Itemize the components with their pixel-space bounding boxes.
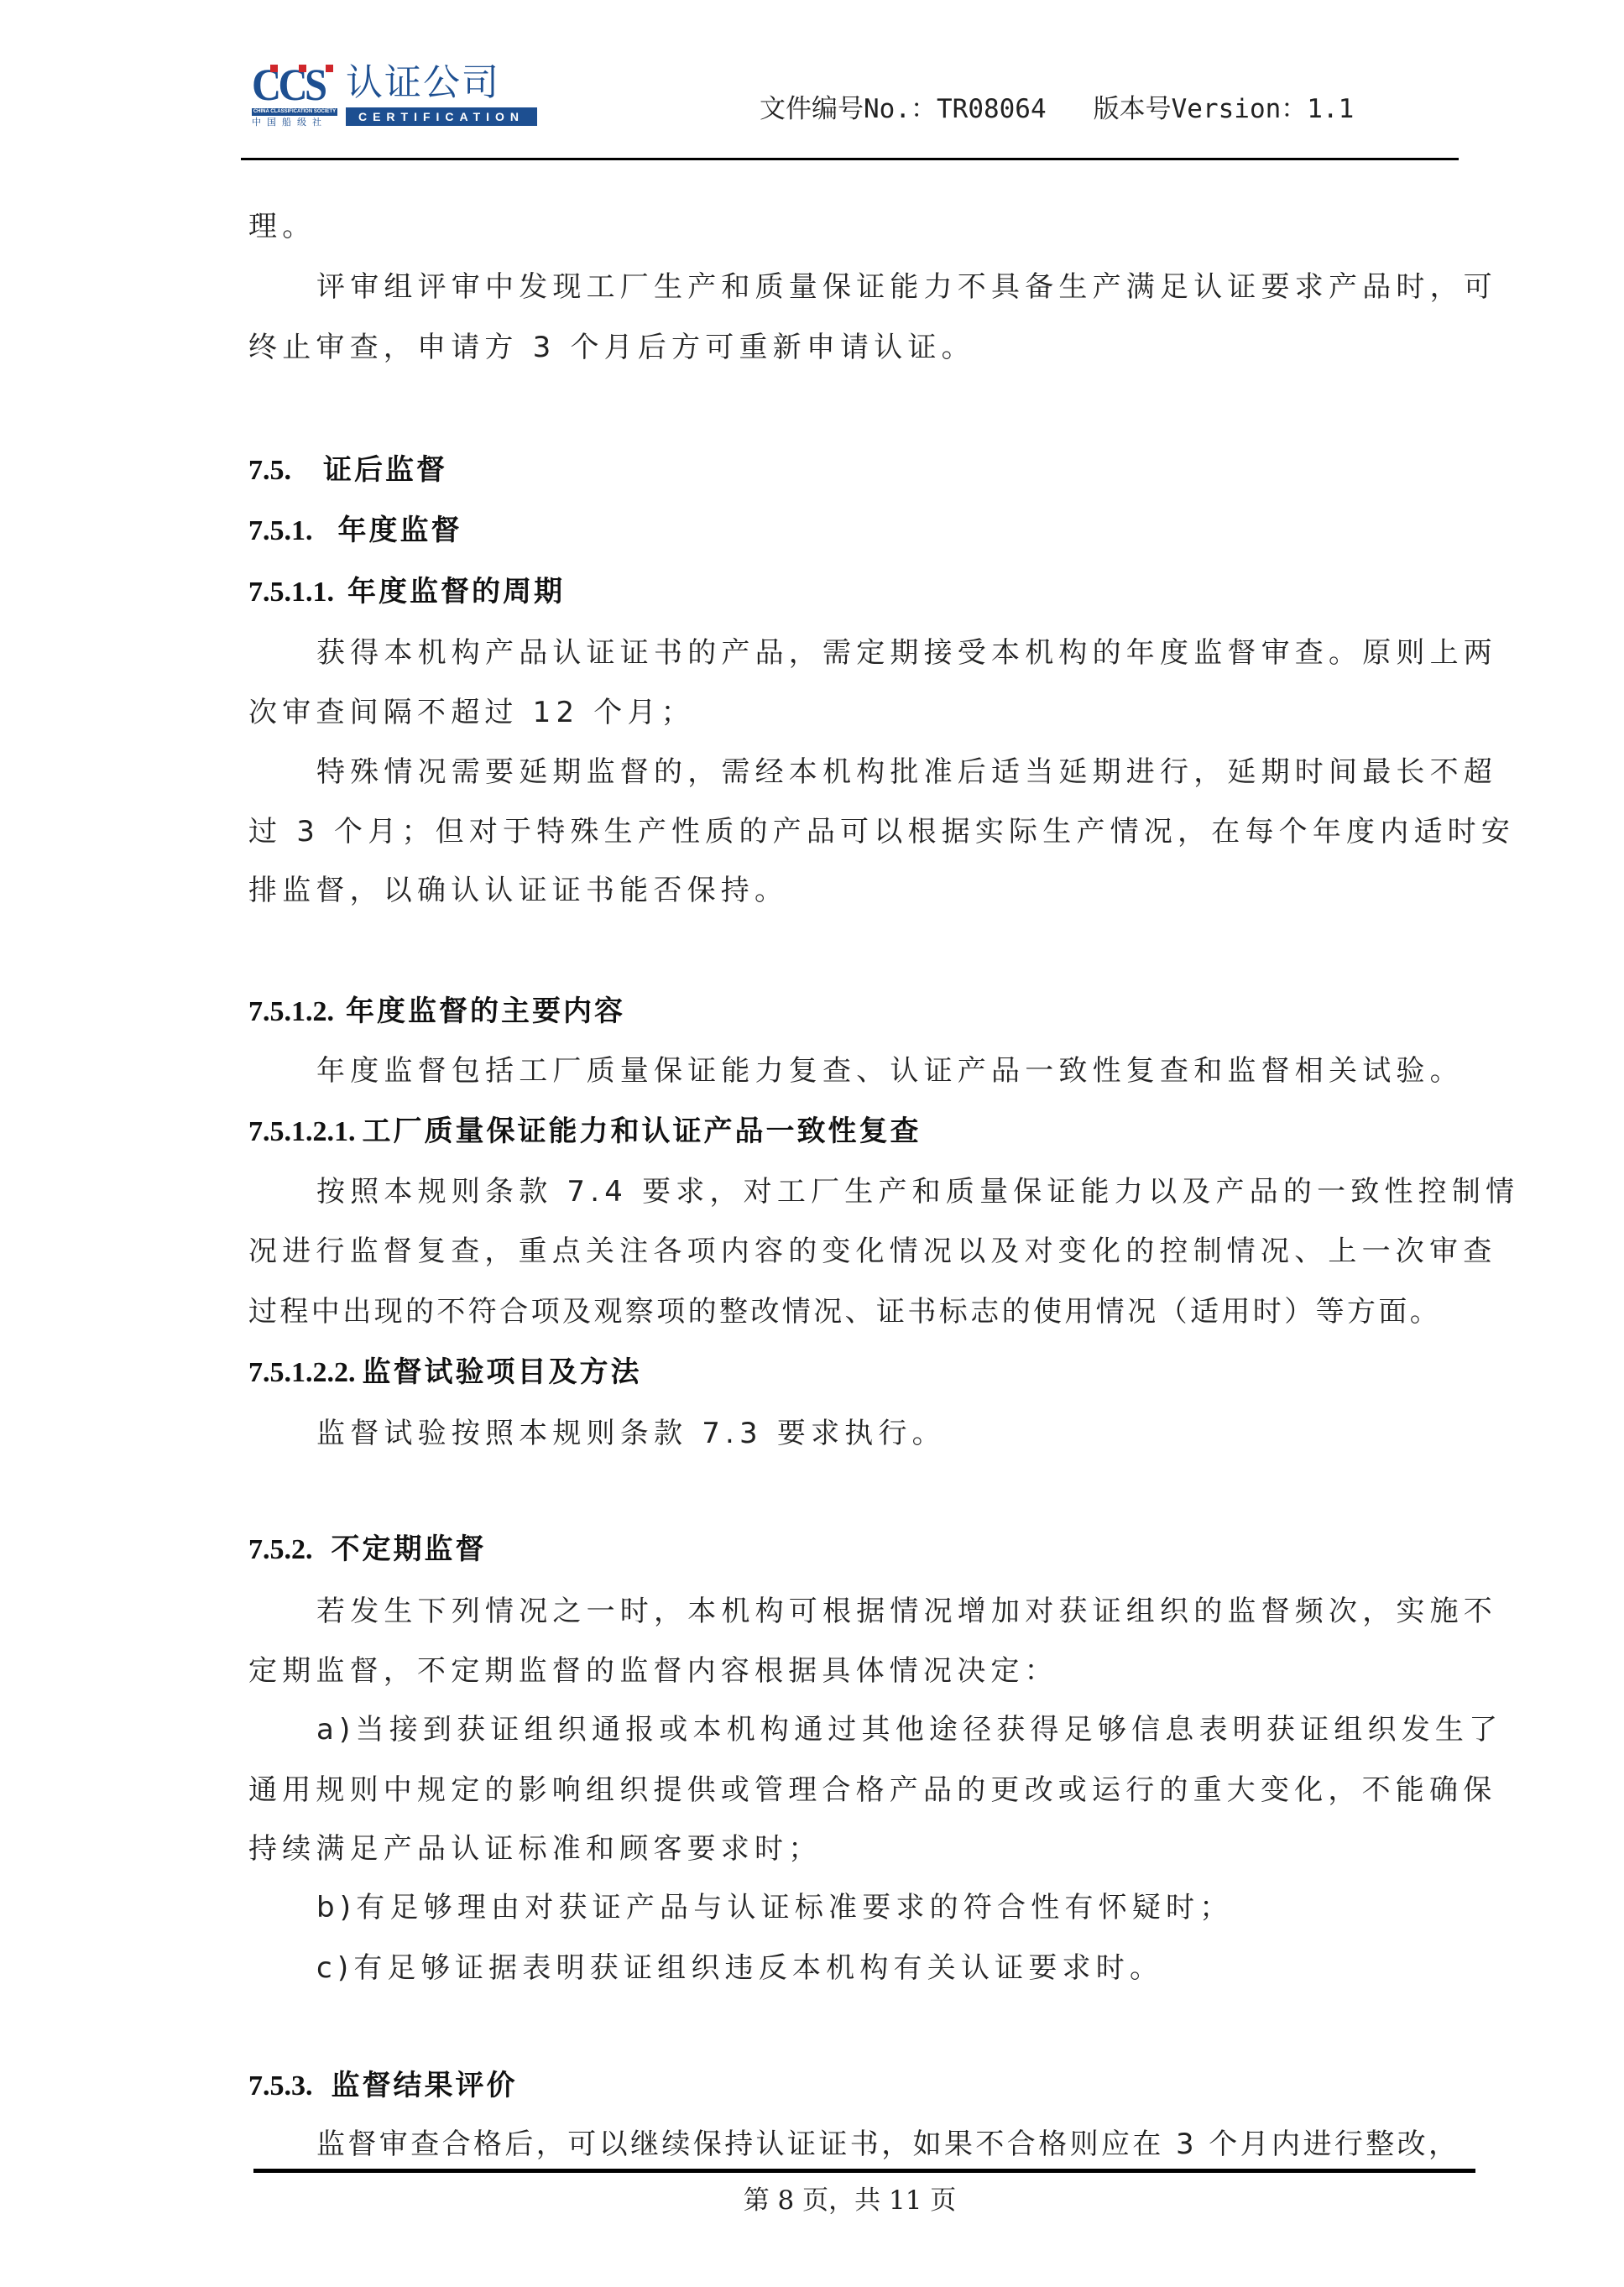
- document-number-version: 文件编号No.：TR08064 版本号Version：1.1: [760, 91, 1354, 128]
- body-line: 况进行监督复查，重点关注各项内容的变化情况以及对变化的控制情况、上一次审查: [248, 1232, 1496, 1271]
- logo-society-en: CHINA CLASSIFICATION SOCIETY: [252, 108, 337, 116]
- logo-red-accent: [299, 65, 306, 72]
- heading-number: 7.5.1.: [248, 515, 313, 546]
- heading-title: 证后监督: [323, 453, 447, 487]
- body-line: 排监督，以确认认证证书能否保持。: [248, 871, 788, 910]
- body-line: 通用规则中规定的影响组织提供或管理合格产品的更改或运行的重大变化，不能确保: [248, 1771, 1496, 1809]
- body-line: 按照本规则条款 7.4 要求，对工厂生产和质量保证能力以及产品的一致性控制情: [316, 1172, 1519, 1211]
- body-line: 特殊情况需要延期监督的，需经本机构批准后适当延期进行，延期时间最长不超: [316, 753, 1497, 791]
- heading-title: 年度监督: [338, 514, 462, 547]
- body-line: 监督试验按照本规则条款 7.3 要求执行。: [316, 1414, 946, 1453]
- heading-number: 7.5.: [248, 455, 291, 486]
- heading-number: 7.5.2.: [248, 1534, 313, 1565]
- header-divider: [241, 158, 1459, 160]
- heading-7-5-1-2: 7.5.1.2.年度监督的主要内容: [248, 992, 625, 1031]
- ccs-certification-logo: CCS CHINA CLASSIFICATION SOCIETY 中国船级社 认…: [252, 62, 541, 129]
- document-page: CCS CHINA CLASSIFICATION SOCIETY 中国船级社 认…: [0, 0, 1624, 2287]
- logo-ccs-letters: CCS: [252, 64, 324, 106]
- heading-7-5-1: 7.5.1.年度监督: [248, 511, 462, 551]
- logo-society-cn: 中国船级社: [252, 117, 327, 128]
- heading-7-5-1-2-2: 7.5.1.2.2.监督试验项目及方法: [248, 1353, 642, 1392]
- heading-7-5-2: 7.5.2.不定期监督: [248, 1530, 487, 1569]
- body-line: 过 3 个月；但对于特殊生产性质的产品可以根据实际生产情况，在每个年度内适时安: [248, 812, 1515, 851]
- footer-divider: [253, 2169, 1475, 2173]
- heading-7-5-1-2-1: 7.5.1.2.1.工厂质量保证能力和认证产品一致性复查: [248, 1112, 922, 1151]
- heading-number: 7.5.1.2.2.: [248, 1357, 356, 1388]
- body-line: 获得本机构产品认证证书的产品，需定期接受本机构的年度监督审查。原则上两: [316, 634, 1497, 672]
- heading-7-5-3: 7.5.3.监督结果评价: [248, 2066, 518, 2106]
- body-line: 过程中出现的不符合项及观察项的整改情况、证书标志的使用情况（适用时）等方面。: [248, 1292, 1441, 1331]
- body-line: 次审查间隔不超过 12 个月；: [248, 693, 695, 732]
- heading-7-5-1-1: 7.5.1.1.年度监督的周期: [248, 572, 565, 612]
- body-line: 持续满足产品认证标准和顾客要求时；: [248, 1830, 822, 1868]
- logo-certification-banner: CERTIFICATION: [346, 107, 537, 126]
- heading-title: 监督结果评价: [332, 2069, 518, 2102]
- body-line: 年度监督包括工厂质量保证能力复查、认证产品一致性复查和监督相关试验。: [316, 1052, 1464, 1090]
- heading-title: 不定期监督: [332, 1532, 487, 1566]
- logo-red-accent: [270, 65, 278, 72]
- body-line: 若发生下列情况之一时，本机构可根据情况增加对获证组织的监督频次，实施不: [316, 1592, 1497, 1631]
- page-number: 第 8 页，共 11 页: [744, 2185, 957, 2216]
- heading-number: 7.5.1.2.: [248, 996, 334, 1027]
- body-line: 理。: [248, 207, 316, 246]
- heading-title: 监督试验项目及方法: [363, 1355, 642, 1389]
- page-footer: 第 8 页，共 11 页: [0, 2180, 1624, 2221]
- body-line: 评审组评审中发现工厂生产和质量保证能力不具备生产满足认证要求产品时，可: [316, 268, 1497, 306]
- list-item-b: b)有足够理由对获证产品与认证标准要求的符合性有怀疑时；: [316, 1888, 1233, 1927]
- body-line: 监督审查合格后，可以继续保持认证证书，如果不合格则应在 3 个月内进行整改，: [316, 2125, 1460, 2164]
- body-line: 定期监督，不定期监督的监督内容根据具体情况决定：: [248, 1652, 1058, 1690]
- heading-title: 工厂质量保证能力和认证产品一致性复查: [363, 1115, 922, 1148]
- heading-number: 7.5.3.: [248, 2070, 313, 2102]
- list-item-a: a)当接到获证组织通报或本机构通过其他途径获得足够信息表明获证组织发生了: [316, 1710, 1502, 1749]
- body-line: 终止审查，申请方 3 个月后方可重新申请认证。: [248, 328, 975, 367]
- heading-number: 7.5.1.2.1.: [248, 1116, 356, 1147]
- heading-number: 7.5.1.1.: [248, 577, 334, 608]
- heading-7-5: 7.5.证后监督: [248, 451, 447, 490]
- heading-title: 年度监督的主要内容: [346, 995, 625, 1028]
- heading-title: 年度监督的周期: [347, 575, 565, 608]
- list-item-c: c)有足够证据表明获证组织违反本机构有关认证要求时。: [316, 1949, 1163, 1987]
- logo-red-accent: [326, 65, 333, 72]
- logo-company-cn: 认证公司: [346, 62, 500, 104]
